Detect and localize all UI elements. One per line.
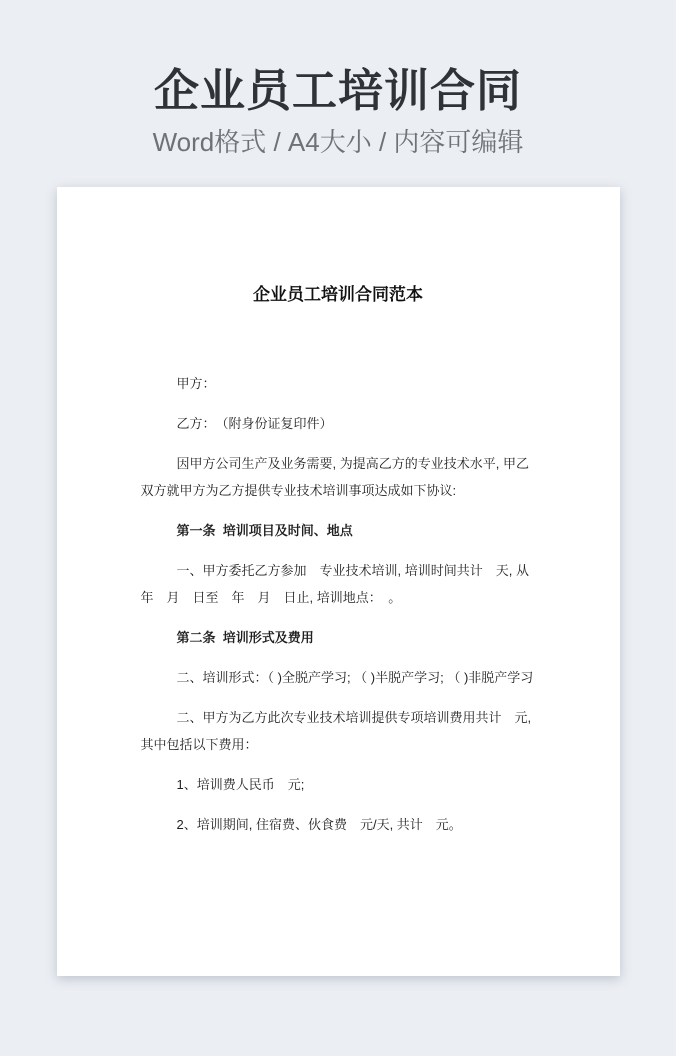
doc-paragraph: 2、培训期间, 住宿费、伙食费 元/天, 共计 元。 [141,811,536,838]
banner-title: 企业员工培训合同 [0,68,676,113]
doc-paragraph: 第二条 培训形式及费用 [141,624,536,651]
document-title: 企业员工培训合同范本 [141,187,536,307]
poster: 企业员工培训合同 Word格式 / A4大小 / 内容可编辑 企业员工培训合同范… [0,0,676,1056]
doc-paragraph: 因甲方公司生产及业务需要, 为提高乙方的专业技术水平, 甲乙双方就甲方为乙方提供… [141,450,536,504]
doc-paragraph: 甲方： [141,370,536,397]
doc-paragraph: 二、培训形式：（ )全脱产学习; （ )半脱产学习; （ )非脱产学习 [141,664,536,691]
banner: 企业员工培训合同 Word格式 / A4大小 / 内容可编辑 [0,0,676,157]
banner-subtitle: Word格式 / A4大小 / 内容可编辑 [0,127,676,157]
doc-paragraph: 二、甲方为乙方此次专业技术培训提供专项培训费用共计 元, 其中包括以下费用： [141,704,536,758]
doc-paragraph: 第一条 培训项目及时间、地点 [141,517,536,544]
document-body: 甲方：乙方： （附身份证复印件）因甲方公司生产及业务需要, 为提高乙方的专业技术… [141,370,536,838]
doc-paragraph: 一、甲方委托乙方参加 专业技术培训, 培训时间共计 天, 从 年 月 日至 年 … [141,557,536,611]
doc-paragraph: 1、培训费人民币 元; [141,771,536,798]
document-page: 企业员工培训合同范本 甲方：乙方： （附身份证复印件）因甲方公司生产及业务需要,… [57,187,620,976]
doc-paragraph: 乙方： （附身份证复印件） [141,410,536,437]
